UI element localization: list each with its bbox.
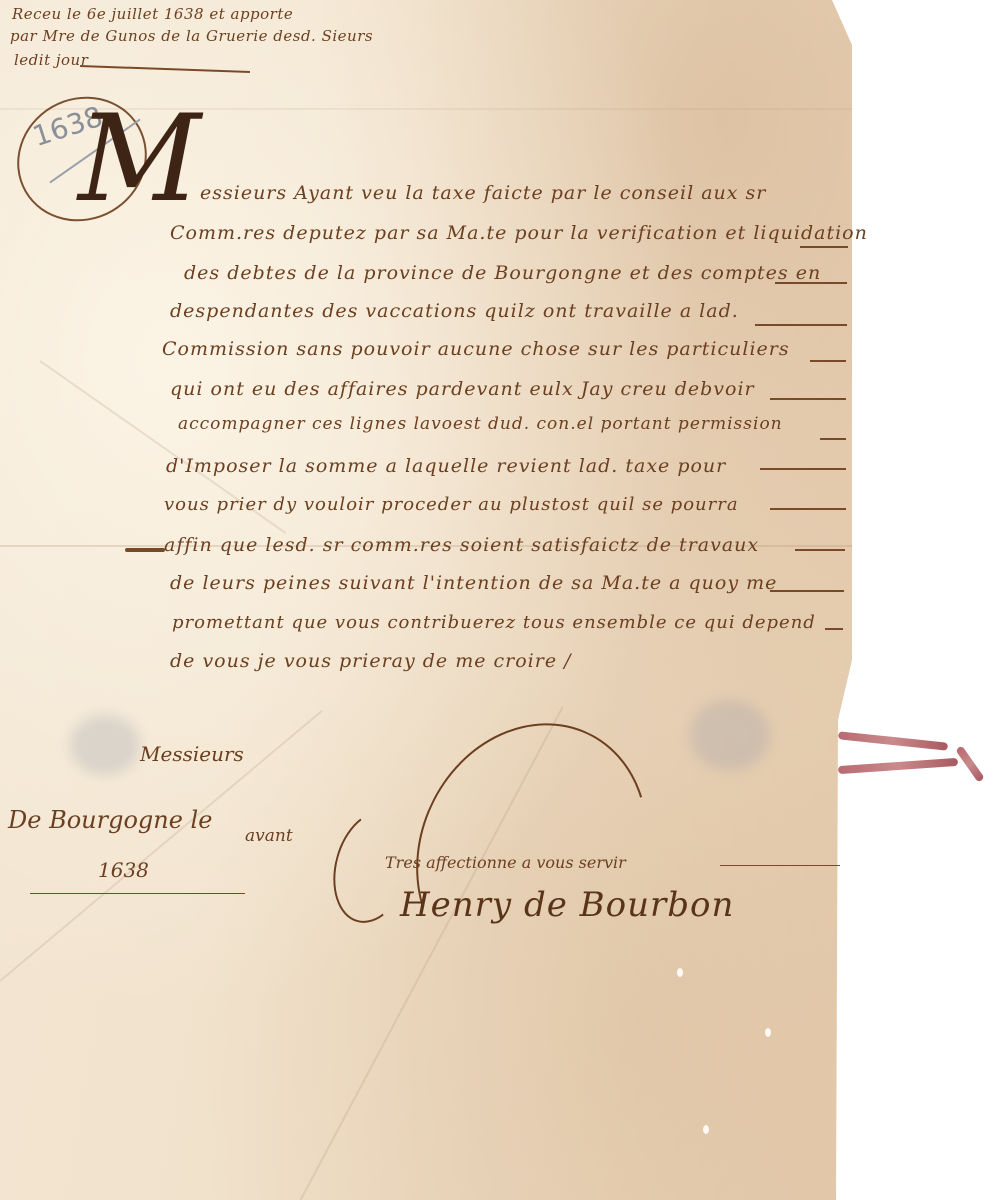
initial-letter: M [78,100,201,220]
body-line: Commission sans pouvoir aucune chose sur… [162,338,790,360]
place-underline [30,893,245,894]
stain [690,700,770,770]
line-filler [810,360,846,362]
body-line: vous prier dy vouloir proceder au plusto… [164,494,739,515]
paper-hole [703,1125,709,1134]
line-filler [770,508,846,510]
line-filler [770,398,846,400]
receipt-note-line: ledit jour [14,50,88,70]
ribbon-tie [838,758,958,774]
receipt-note-line: Receu le 6e juillet 1638 et apporte [12,4,293,24]
ribbon-tie [838,731,948,750]
line-filler [795,549,845,551]
paper-hole [677,968,683,977]
body-line: promettant que vous contribuerez tous en… [172,612,816,633]
line-filler [760,468,846,470]
body-line: Comm.res deputez par sa Ma.te pour la ve… [170,222,868,244]
body-line: de vous je vous prieray de me croire / [170,650,572,672]
line-filler [775,282,847,284]
line-filler [825,628,843,630]
line-filler [800,246,848,248]
receipt-note-line: par Mre de Gunos de la Gruerie desd. Sie… [10,26,373,46]
date-line: 1638 [98,858,149,882]
paper-hole [765,1028,771,1037]
place-line: De Bourgogne le [8,806,212,834]
body-line: accompagner ces lignes lavoest dud. con.… [178,414,783,434]
body-line: de leurs peines suivant l'intention de s… [170,572,777,594]
line-filler [820,438,846,440]
body-line: despendantes des vaccations quilz ont tr… [170,300,739,322]
stain [70,715,140,775]
line-filler [770,590,844,592]
closing-salutation: Messieurs [140,742,244,766]
body-line: essieurs Ayant veu la taxe faicte par le… [200,182,766,204]
body-line: qui ont eu des affaires pardevant eulx J… [170,378,755,400]
flourish-mark [125,548,165,552]
courtesy-line: Tres affectionne a vous servir [385,853,626,872]
line-filler [755,324,847,326]
body-line: d'Imposer la somme a laquelle revient la… [166,455,726,477]
ribbon-end [955,745,984,782]
body-line: des debtes de la province de Bourgongne … [184,262,821,284]
courtesy-underline [720,865,840,866]
signature: Henry de Bourbon [400,885,734,925]
body-line: affin que lesd. sr comm.res soient satis… [164,534,759,556]
avant-word: avant [245,826,293,846]
